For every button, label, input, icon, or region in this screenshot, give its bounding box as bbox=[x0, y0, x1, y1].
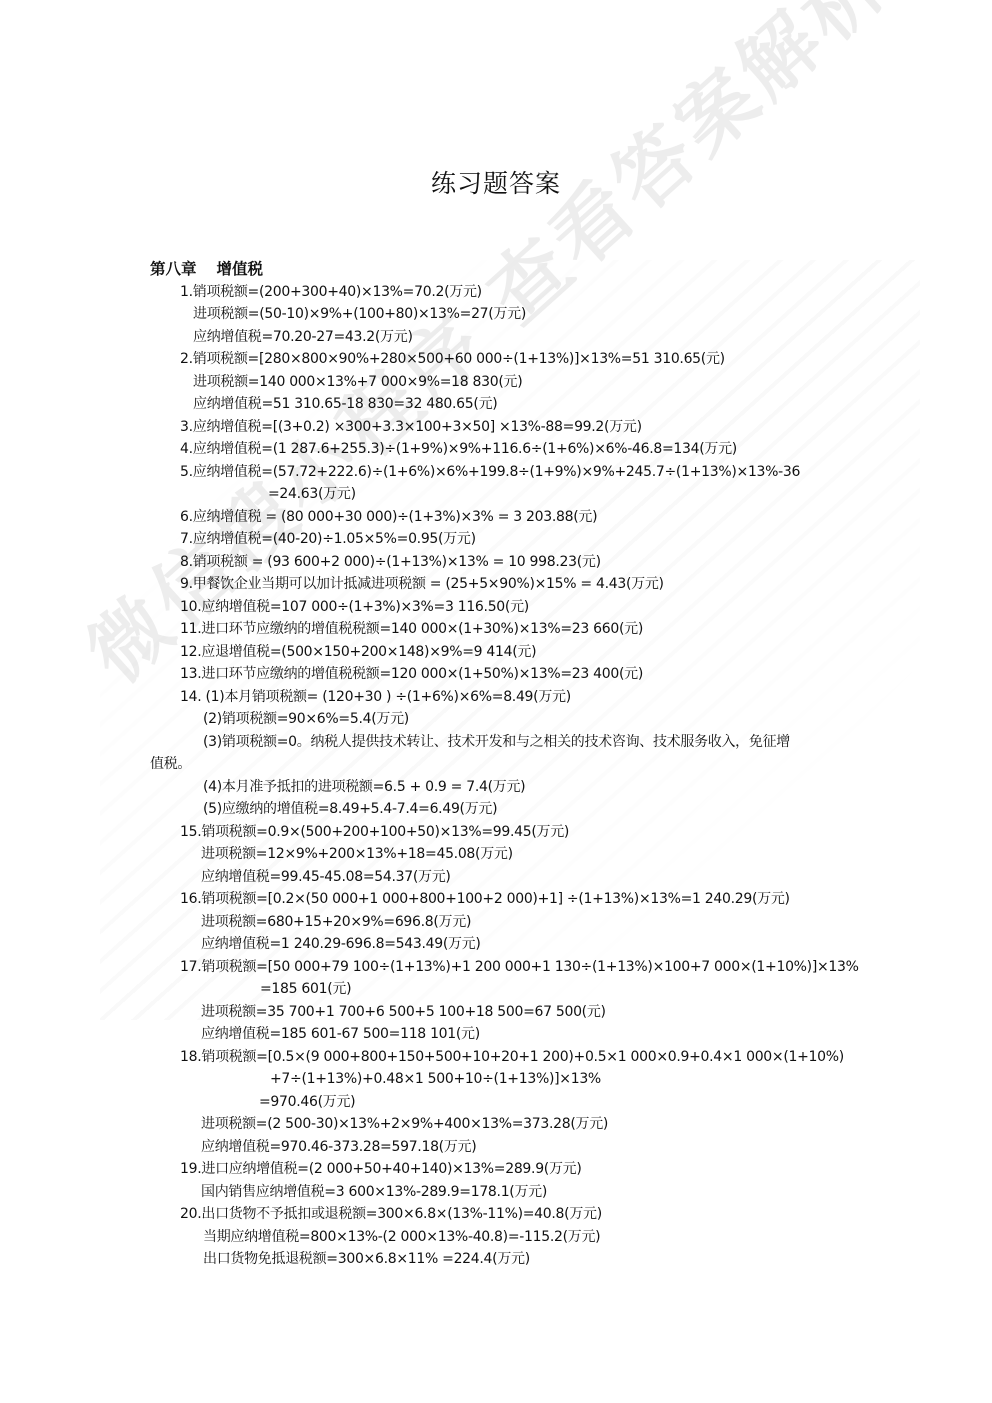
answer-line: 应纳增值税=970.46-373.28=597.18(万元) bbox=[201, 1137, 476, 1157]
answer-line: 19.进口应纳增值税=(2 000+50+40+140)×13%=289.9(万… bbox=[180, 1159, 582, 1179]
answer-line: 13.进口环节应缴纳的增值税税额=120 000×(1+50%)×13%=23 … bbox=[180, 664, 643, 684]
answer-line: 6.应纳增值税 = (80 000+30 000)÷(1+3%)×3% = 3 … bbox=[180, 507, 597, 527]
answer-line: 9.甲餐饮企业当期可以加计抵减进项税额 = (25+5×90%)×15% = 4… bbox=[180, 574, 664, 594]
answer-line: =970.46(万元) bbox=[259, 1092, 355, 1112]
answer-line: 值税。 bbox=[150, 754, 191, 774]
chapter-number: 第八章 bbox=[150, 260, 197, 278]
answer-line: 5.应纳增值税=(57.72+222.6)÷(1+6%)×6%+199.8÷(1… bbox=[180, 462, 800, 482]
answer-line: 当期应纳增值税=800×13%-(2 000×13%-40.8)=-115.2(… bbox=[203, 1227, 600, 1247]
answer-line: 20.出口货物不予抵扣或退税额=300×6.8×(13%-11%)=40.8(万… bbox=[180, 1204, 602, 1224]
answer-line: 16.销项税额=[0.2×(50 000+1 000+800+100+2 000… bbox=[180, 889, 790, 909]
answer-line: =185 601(元) bbox=[260, 979, 351, 999]
answer-line: 进项税额=12×9%+200×13%+18=45.08(万元) bbox=[201, 844, 513, 864]
answer-line: 进项税额=140 000×13%+7 000×9%=18 830(元) bbox=[193, 372, 522, 392]
answer-line: 进项税额=(2 500-30)×13%+2×9%+400×13%=373.28(… bbox=[201, 1114, 608, 1134]
answer-line: 应纳增值税=70.20-27=43.2(万元) bbox=[193, 327, 413, 347]
answer-line: 18.销项税额=[0.5×(9 000+800+150+500+10+20+1 … bbox=[180, 1047, 844, 1067]
answer-line: 10.应纳增值税=107 000÷(1+3%)×3%=3 116.50(元) bbox=[180, 597, 529, 617]
answer-line: 出口货物免抵退税额=300×6.8×11% =224.4(万元) bbox=[203, 1249, 530, 1269]
answer-line: 4.应纳增值税=(1 287.6+255.3)÷(1+9%)×9%+116.6÷… bbox=[180, 439, 737, 459]
answer-line: +7÷(1+13%)+0.48×1 500+10÷(1+13%)]×13% bbox=[270, 1069, 601, 1089]
answer-line: (5)应缴纳的增值税=8.49+5.4-7.4=6.49(万元) bbox=[203, 799, 497, 819]
answer-line: =24.63(万元) bbox=[268, 484, 356, 504]
answer-line: 12.应退增值税=(500×150+200×148)×9%=9 414(元) bbox=[180, 642, 536, 662]
answer-line: 1.销项税额=(200+300+40)×13%=70.2(万元) bbox=[180, 282, 482, 302]
answer-line: 2.销项税额=[280×800×90%+280×500+60 000÷(1+13… bbox=[180, 349, 725, 369]
page-title: 练习题答案 bbox=[0, 164, 992, 200]
answer-line: 进项税额=680+15+20×9%=696.8(万元) bbox=[201, 912, 471, 932]
answer-line: 国内销售应纳增值税=3 600×13%-289.9=178.1(万元) bbox=[201, 1182, 547, 1202]
answer-line: 应纳增值税=51 310.65-18 830=32 480.65(元) bbox=[193, 394, 497, 414]
answer-line: 11.进口环节应缴纳的增值税税额=140 000×(1+30%)×13%=23 … bbox=[180, 619, 643, 639]
answer-line: 应纳增值税=99.45-45.08=54.37(万元) bbox=[201, 867, 451, 887]
answer-line: 3.应纳增值税=[(3+0.2) ×300+3.3×100+3×50] ×13%… bbox=[180, 417, 642, 437]
answer-line: 应纳增值税=185 601-67 500=118 101(元) bbox=[201, 1024, 480, 1044]
answer-line: 进项税额=35 700+1 700+6 500+5 100+18 500=67 … bbox=[201, 1002, 606, 1022]
chapter-name: 增值税 bbox=[217, 260, 264, 278]
answer-line: 14. (1)本月销项税额= (120+30 ) ÷(1+6%)×6%=8.49… bbox=[180, 687, 571, 707]
answer-line: 进项税额=(50-10)×9%+(100+80)×13%=27(万元) bbox=[193, 304, 526, 324]
answer-line: 7.应纳增值税=(40-20)÷1.05×5%=0.95(万元) bbox=[180, 529, 476, 549]
answer-line: 8.销项税额 = (93 600+2 000)÷(1+13%)×13% = 10… bbox=[180, 552, 601, 572]
answer-line: (2)销项税额=90×6%=5.4(万元) bbox=[203, 709, 409, 729]
answer-line: 15.销项税额=0.9×(500+200+100+50)×13%=99.45(万… bbox=[180, 822, 569, 842]
document-page: 微信搜小程序 查看答案解析 练习题答案 第八章增值税 1.销项税额=(200+3… bbox=[0, 0, 992, 1403]
answer-line: 应纳增值税=1 240.29-696.8=543.49(万元) bbox=[201, 934, 481, 954]
answer-line: 17.销项税额=[50 000+79 100÷(1+13%)+1 200 000… bbox=[180, 957, 859, 977]
chapter-heading: 第八章增值税 bbox=[150, 257, 263, 279]
answer-line: (4)本月准予抵扣的进项税额=6.5 + 0.9 = 7.4(万元) bbox=[203, 777, 525, 797]
answer-line: (3)销项税额=0。纳税人提供技术转让、技术开发和与之相关的技术咨询、技术服务收… bbox=[203, 732, 790, 752]
